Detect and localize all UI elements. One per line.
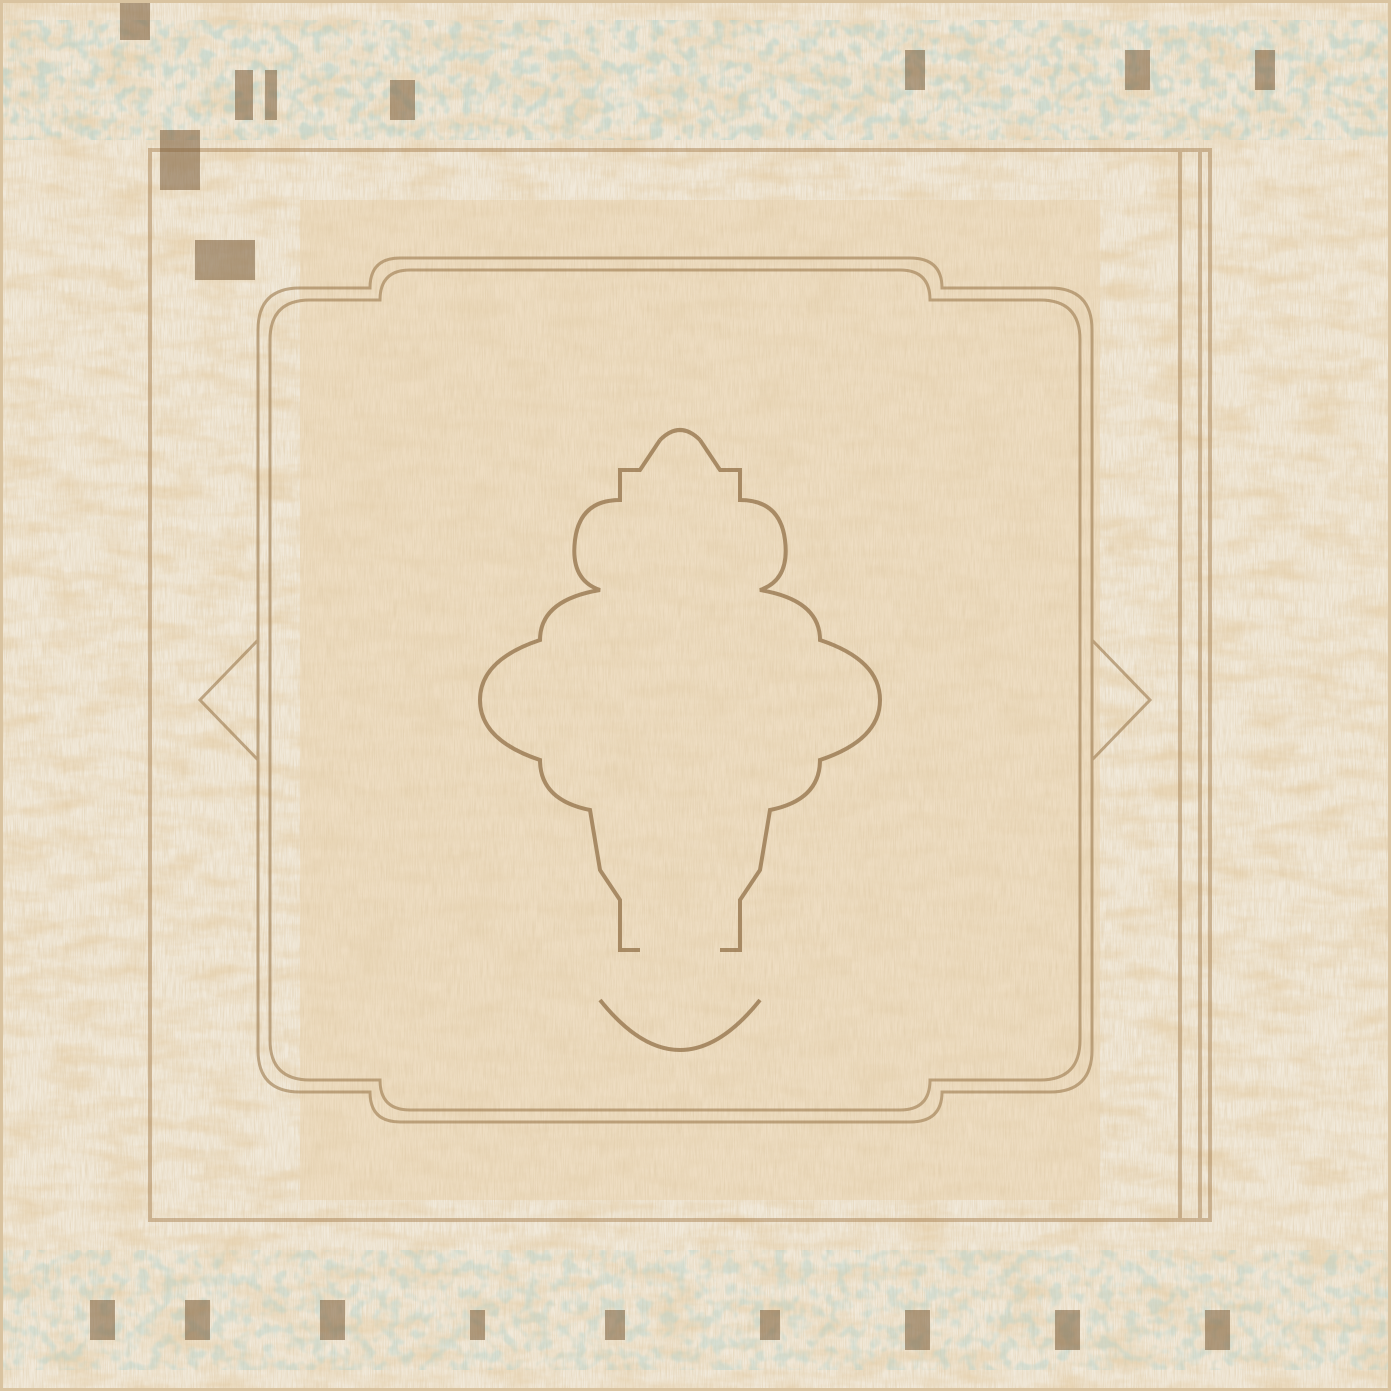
rug-photo: [0, 0, 1391, 1391]
rug-pattern: [0, 0, 1391, 1391]
